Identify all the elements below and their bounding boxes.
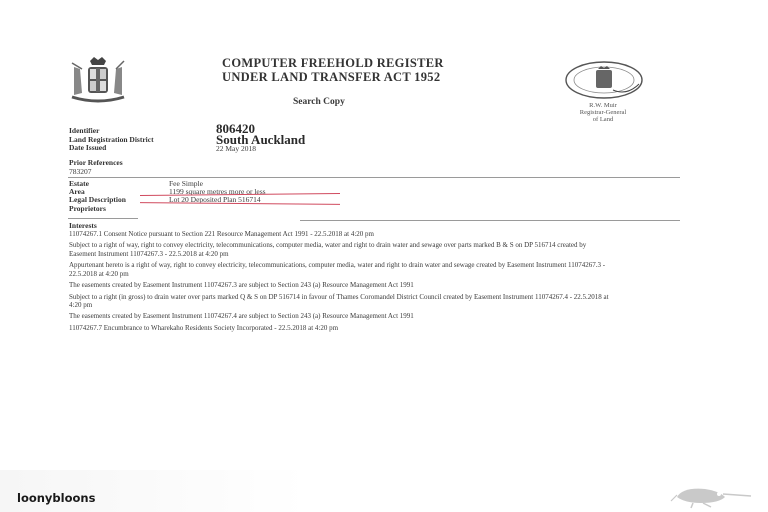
interest-item: Appurtenant hereto is a right of way, ri… (69, 261, 614, 278)
divider (68, 218, 138, 219)
register-title: COMPUTER FREEHOLD REGISTER UNDER LAND TR… (222, 56, 444, 84)
interests-heading: Interests (69, 221, 97, 230)
interest-item: The easements created by Easement Instru… (69, 281, 614, 289)
interests-list: 11074267.1 Consent Notice pursuant to Se… (69, 230, 614, 335)
legal-description-label: Legal Description (69, 195, 126, 204)
title-line-2: UNDER LAND TRANSFER ACT 1952 (222, 70, 444, 84)
registrar-title: Registrar-General (553, 109, 653, 116)
prior-references-value: 783207 (69, 167, 92, 176)
date-issued-value: 22 May 2018 (216, 144, 256, 153)
nz-coat-of-arms-icon (66, 55, 130, 105)
divider (300, 220, 680, 221)
date-issued-label: Date Issued (69, 143, 106, 152)
proprietors-label: Proprietors (69, 204, 106, 213)
divider (68, 177, 680, 178)
registrar-general-seal-icon (563, 60, 645, 100)
brand-watermark: loonybloons (17, 491, 95, 505)
interest-item: 11074267.7 Encumbrance to Wharekaho Resi… (69, 324, 614, 332)
kiwi-bird-icon (665, 485, 755, 509)
interest-item: 11074267.1 Consent Notice pursuant to Se… (69, 230, 614, 238)
identifier-label: Identifier (69, 126, 99, 135)
search-copy-label: Search Copy (293, 97, 345, 107)
title-line-1: COMPUTER FREEHOLD REGISTER (222, 56, 444, 70)
registrar-name: R.W. Muir (553, 102, 653, 109)
document-page: COMPUTER FREEHOLD REGISTER UNDER LAND TR… (0, 0, 768, 512)
prior-references-label: Prior References (69, 158, 123, 167)
interest-item: The easements created by Easement Instru… (69, 312, 614, 320)
interest-item: Subject to a right of way, right to conv… (69, 241, 614, 258)
seal-caption: R.W. Muir Registrar-General of Land (553, 102, 653, 123)
watermark-footer (0, 470, 768, 512)
registrar-title-suffix: of Land (553, 116, 653, 123)
interest-item: Subject to a right (in gross) to drain w… (69, 293, 614, 310)
